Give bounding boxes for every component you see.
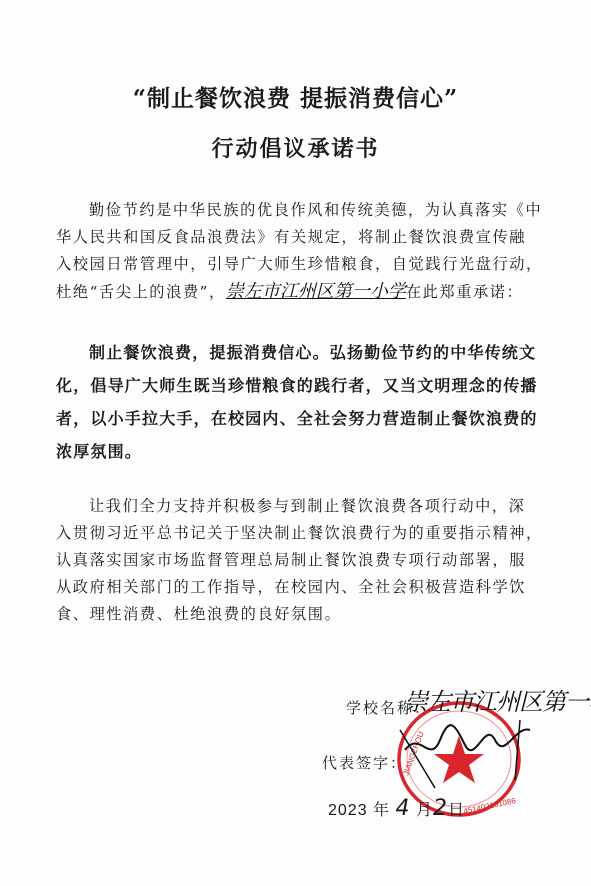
- date-month: 4: [396, 796, 411, 821]
- paragraph-text: 在此郑重承诺：: [406, 283, 524, 301]
- school-name-handwritten: 崇左市江州区第一小学: [404, 682, 591, 717]
- paragraph-line: 浓厚氛围。: [56, 435, 538, 468]
- paragraph-intro: 勤俭节约是中华民族的优良作风和传统美德，为认真落实《中 华人民共和国反食品浪费法…: [56, 197, 538, 306]
- paragraph-call-to-action: 让我们全力支持并积极参与到制止餐饮浪费各项行动中，深 入贯彻习近平总书记关于坚决…: [56, 493, 538, 628]
- paragraph-commitment: 制止餐饮浪费，提振消费信心。弘扬勤俭节约的中华传统文 化，倡导广大师生既当珍惜粮…: [56, 336, 538, 468]
- paragraph-line: 者，以小手拉大手，在校园内、全社会努力营造制止餐饮浪费的: [56, 402, 538, 435]
- paragraph-line: 入校园日常管理中，引导广大师生珍惜粮食，自觉践行光盘行动，: [56, 251, 538, 278]
- svg-text:451402101086: 451402101086: [463, 796, 518, 816]
- date: 2023 年 4 月2日: [328, 796, 465, 821]
- document-title: “制止餐饮浪费 提振消费信心”: [0, 80, 591, 113]
- paragraph-line-last: 杜绝“舌尖上的浪费”，崇左市江州区第一小学在此郑重承诺：: [56, 278, 538, 306]
- handwritten-school-name: 崇左市江州区第一小学: [226, 281, 406, 302]
- document-subtitle: 行动倡议承诺书: [0, 132, 591, 163]
- paragraph-line: 制止餐饮浪费，提振消费信心。弘扬勤俭节约的中华传统文: [56, 336, 538, 369]
- paragraph-line: 化，倡导广大师生既当珍惜粮食的践行者，又当文明理念的传播: [56, 369, 538, 402]
- date-day: 2: [433, 796, 448, 821]
- representative-signature-label: 代表签字：: [322, 752, 407, 773]
- date-month-unit: 月: [416, 802, 433, 819]
- paragraph-line: 华人民共和国反食品浪费法》有关规定，将制止餐饮浪费宣传融: [56, 224, 538, 251]
- paragraph-line: 认真落实国家市场监督管理总局制止餐饮浪费专项行动部署，服: [56, 547, 538, 574]
- paragraph-line: 让我们全力支持并积极参与到制止餐饮浪费各项行动中，深: [56, 493, 538, 520]
- handwritten-signature-icon: [395, 710, 535, 790]
- date-year: 2023: [328, 802, 368, 819]
- paragraph-line: 勤俭节约是中华民族的优良作风和传统美德，为认真落实《中: [56, 197, 538, 224]
- date-year-unit: 年: [373, 802, 390, 819]
- paragraph-line: 入贯彻习近平总书记关于坚决制止餐饮浪费行为的重要指示精神，: [56, 520, 538, 547]
- paragraph-line: 食、理性消费、杜绝浪费的良好氛围。: [56, 601, 538, 628]
- paragraph-text: 杜绝“舌尖上的浪费”，: [56, 283, 226, 301]
- date-day-unit: 日: [448, 802, 465, 819]
- paragraph-line: 从政府相关部门的工作指导，在校园内、全社会积极营造科学饮: [56, 574, 538, 601]
